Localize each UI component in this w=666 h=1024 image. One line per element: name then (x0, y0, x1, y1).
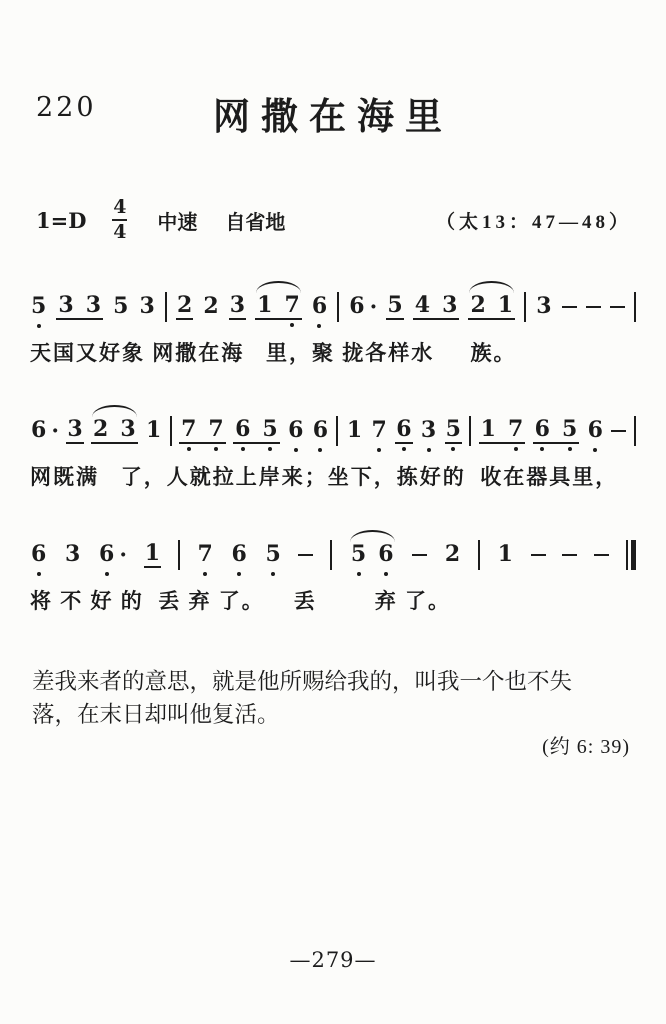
note-digit: 5 (264, 543, 281, 567)
low-octave-dot (241, 447, 245, 451)
final-barline (626, 540, 636, 570)
note-digit: 6 (30, 419, 47, 443)
jianpu-note: 2 (444, 543, 461, 567)
beam-group: 23 (91, 418, 138, 444)
jianpu-note: 7 (283, 294, 300, 318)
beam-group: 65 (233, 418, 280, 444)
jianpu-note: 3 (85, 294, 102, 318)
jianpu-note: 3 (535, 295, 552, 319)
low-octave-dot (237, 572, 241, 576)
jianpu-note: 3 (57, 294, 74, 318)
note-digit: 3 (420, 419, 437, 443)
note-digit: 6 (587, 419, 604, 443)
dash-note (611, 430, 626, 432)
beam-group: 21 (468, 294, 515, 320)
low-octave-dot (37, 572, 41, 576)
jianpu-note: 7 (207, 418, 224, 442)
note-digit: 7 (283, 294, 300, 318)
jianpu-note: 5 (30, 295, 47, 319)
note-digit: 1 (256, 294, 273, 318)
lyrics-line-3: 将 不 好 的 丢 弃 了。 丢 弃 了。 (30, 589, 636, 614)
note-digit: 3 (119, 418, 136, 442)
scripture-reference: （太13：47—48） (436, 207, 632, 234)
jianpu-note: 6· (98, 543, 127, 567)
music-line-1: 533532231766·543213 (30, 282, 636, 332)
note-digit: 2 (92, 418, 109, 442)
note-digit: 7 (507, 418, 524, 442)
jianpu-note: 6 (311, 295, 328, 319)
beam-group: 17 (255, 294, 302, 320)
low-octave-dot (203, 572, 207, 576)
note-digit: 3 (138, 295, 155, 319)
jianpu-note: 4 (414, 294, 431, 318)
dash-note (562, 306, 577, 308)
dash-note (412, 554, 427, 556)
beam-group: 56 (349, 543, 396, 567)
note-digit: 6 (348, 295, 365, 319)
jianpu-note: 3 (420, 419, 437, 443)
note-digit: 5 (261, 418, 278, 442)
note-digit: 6 (534, 418, 551, 442)
note-digit: 4 (414, 294, 431, 318)
note-digit: 7 (207, 418, 224, 442)
note-digit: 2 (469, 294, 486, 318)
jianpu-note: 1 (497, 294, 514, 318)
dash-note (610, 306, 625, 308)
low-octave-dot (427, 448, 431, 452)
note-digit: 6 (98, 543, 115, 567)
time-signature-top: 4 (113, 198, 126, 217)
jianpu-note: 1 (144, 542, 161, 568)
note-digit: 5 (112, 295, 129, 319)
quote-line-2: 落，在末日却叫他复活。 (32, 698, 634, 732)
note-digit: 6 (234, 418, 251, 442)
jianpu-note: 5 (264, 543, 281, 567)
note-digit: 1 (497, 294, 514, 318)
low-octave-dot (402, 447, 406, 451)
barline-stroke-thick (631, 540, 636, 570)
note-digit: 1 (145, 419, 162, 443)
jianpu-note: 3 (441, 294, 458, 318)
barline (469, 416, 471, 446)
low-octave-dot (593, 448, 597, 452)
beam-group: 65 (533, 418, 580, 444)
key-signature: 1=D (36, 208, 86, 233)
lyrics-line-1: 天国又好象 网撒在海 里，聚 拢各样水 族。 (30, 341, 636, 366)
jianpu-note: 6 (230, 543, 247, 567)
low-octave-dot (357, 572, 361, 576)
lyrics-line-2: 网既满 了，人就拉上岸来；坐下，拣好的 收在器具里， (30, 465, 636, 490)
note-digit: 5 (561, 418, 578, 442)
jianpu-note: 3 (119, 418, 136, 442)
jianpu-note: 5 (386, 294, 403, 320)
note-digit: 3 (535, 295, 552, 319)
note-digit: 5 (386, 294, 403, 320)
low-octave-dot (540, 447, 544, 451)
note-digit: 3 (57, 294, 74, 318)
time-signature: 4 4 (112, 198, 127, 242)
music-line-3: 636·17655621 (30, 530, 636, 580)
hymn-number: 220 (36, 92, 97, 123)
jianpu-note: 5 (350, 543, 367, 567)
header: 220 网撒在海里 (0, 0, 666, 140)
low-octave-dot (451, 447, 455, 451)
dash-note (298, 554, 313, 556)
jianpu-note: 6· (30, 419, 59, 443)
jianpu-note: 1 (145, 419, 162, 443)
jianpu-note: 5 (445, 418, 462, 444)
scripture-quote: 差我来者的意思，就是他所赐给我的，叫我一个也不失 落，在末日却叫他复活。 (约 … (32, 665, 634, 763)
note-digit: 3 (64, 543, 81, 567)
jianpu-note: 3 (66, 418, 83, 444)
note-digit: 3 (229, 294, 246, 320)
low-octave-dot (568, 447, 572, 451)
low-octave-dot (384, 572, 388, 576)
jianpu-note: 7 (196, 543, 213, 567)
low-octave-dot (271, 572, 275, 576)
note-digit: 6 (311, 295, 328, 319)
note-digit: 5 (445, 418, 462, 444)
low-octave-dot (187, 447, 191, 451)
jianpu-note: 6 (587, 419, 604, 443)
jianpu-note: 1 (497, 543, 514, 567)
page-number: —279— (0, 948, 666, 972)
beam-group: 17 (479, 418, 526, 444)
dash-note (594, 554, 609, 556)
note-digit: 6 (395, 418, 412, 444)
low-octave-dot (290, 323, 294, 327)
barline (330, 540, 332, 570)
barline (165, 292, 167, 322)
jianpu-note: 2 (469, 294, 486, 318)
note-digit: 3 (66, 418, 83, 444)
low-octave-dot (294, 448, 298, 452)
note-digit: 2 (202, 295, 219, 319)
dash-note (531, 554, 546, 556)
note-digit: 6 (377, 543, 394, 567)
note-digit: 3 (441, 294, 458, 318)
jianpu-note: 2 (92, 418, 109, 442)
barline (478, 540, 480, 570)
jianpu-note: 6 (312, 419, 329, 443)
barline (336, 416, 338, 446)
quote-reference: (约 6: 39) (32, 732, 634, 762)
jianpu-note: 5 (261, 418, 278, 442)
barline (337, 292, 339, 322)
note-digit: 6 (30, 543, 47, 567)
jianpu-note: 1 (480, 418, 497, 442)
jianpu-note: 2 (176, 294, 193, 320)
augmentation-dot: · (370, 296, 378, 318)
low-octave-dot (214, 447, 218, 451)
barline (178, 540, 180, 570)
jianpu-note: 3 (229, 294, 246, 320)
note-digit: 1 (480, 418, 497, 442)
jianpu-note: 3 (138, 295, 155, 319)
barline (524, 292, 526, 322)
low-octave-dot (514, 447, 518, 451)
beam-group: 43 (413, 294, 460, 320)
note-digit: 7 (371, 419, 388, 443)
jianpu-note: 7 (371, 419, 388, 443)
hymn-page: 220 网撒在海里 1=D 4 4 中速 自省地 （太13：47—48） 533… (0, 0, 666, 1024)
low-octave-dot (318, 448, 322, 452)
barline (634, 292, 636, 322)
hymn-title: 网撒在海里 (0, 86, 666, 140)
tempo-label: 中速 (157, 206, 197, 235)
jianpu-note: 6· (348, 295, 377, 319)
low-octave-dot (268, 447, 272, 451)
jianpu-note: 7 (180, 418, 197, 442)
note-digit: 3 (85, 294, 102, 318)
jianpu-note: 1 (346, 419, 363, 443)
note-digit: 1 (346, 419, 363, 443)
jianpu-note: 6 (395, 418, 412, 444)
barline (634, 416, 636, 446)
beam-group: 33 (56, 294, 103, 320)
jianpu-note: 5 (561, 418, 578, 442)
quote-line-1: 差我来者的意思，就是他所赐给我的，叫我一个也不失 (32, 665, 634, 699)
jianpu-note: 7 (507, 418, 524, 442)
jianpu-note: 2 (202, 295, 219, 319)
low-octave-dot (37, 324, 41, 328)
music-line-2: 6·32317765661763517656 (30, 406, 636, 456)
jianpu-note: 5 (112, 295, 129, 319)
note-digit: 2 (176, 294, 193, 320)
jianpu-note: 6 (377, 543, 394, 567)
jianpu-note: 6 (234, 418, 251, 442)
low-octave-dot (105, 572, 109, 576)
note-digit: 6 (287, 419, 304, 443)
note-digit: 7 (180, 418, 197, 442)
note-digit: 7 (196, 543, 213, 567)
barline (170, 416, 172, 446)
low-octave-dot (377, 448, 381, 452)
note-digit: 5 (350, 543, 367, 567)
mood-label: 自省地 (225, 206, 285, 235)
note-digit: 1 (497, 543, 514, 567)
jianpu-note: 6 (287, 419, 304, 443)
note-digit: 5 (30, 295, 47, 319)
jianpu-note: 6 (30, 543, 47, 567)
note-digit: 6 (230, 543, 247, 567)
key-line: 1=D 4 4 中速 自省地 （太13：47—48） (36, 198, 632, 242)
augmentation-dot: · (51, 420, 59, 442)
note-digit: 6 (312, 419, 329, 443)
beam-group: 77 (179, 418, 226, 444)
dash-note (586, 306, 601, 308)
dash-note (562, 554, 577, 556)
jianpu-note: 1 (256, 294, 273, 318)
note-digit: 2 (444, 543, 461, 567)
jianpu-note: 6 (534, 418, 551, 442)
jianpu-notation: 533532231766·543213天国又好象 网撒在海 里，聚 拢各样水 族… (30, 282, 636, 615)
barline-stroke (626, 540, 628, 570)
low-octave-dot (317, 324, 321, 328)
augmentation-dot: · (119, 544, 127, 566)
note-digit: 1 (144, 542, 161, 568)
jianpu-note: 3 (64, 543, 81, 567)
time-signature-bottom: 4 (113, 223, 126, 242)
